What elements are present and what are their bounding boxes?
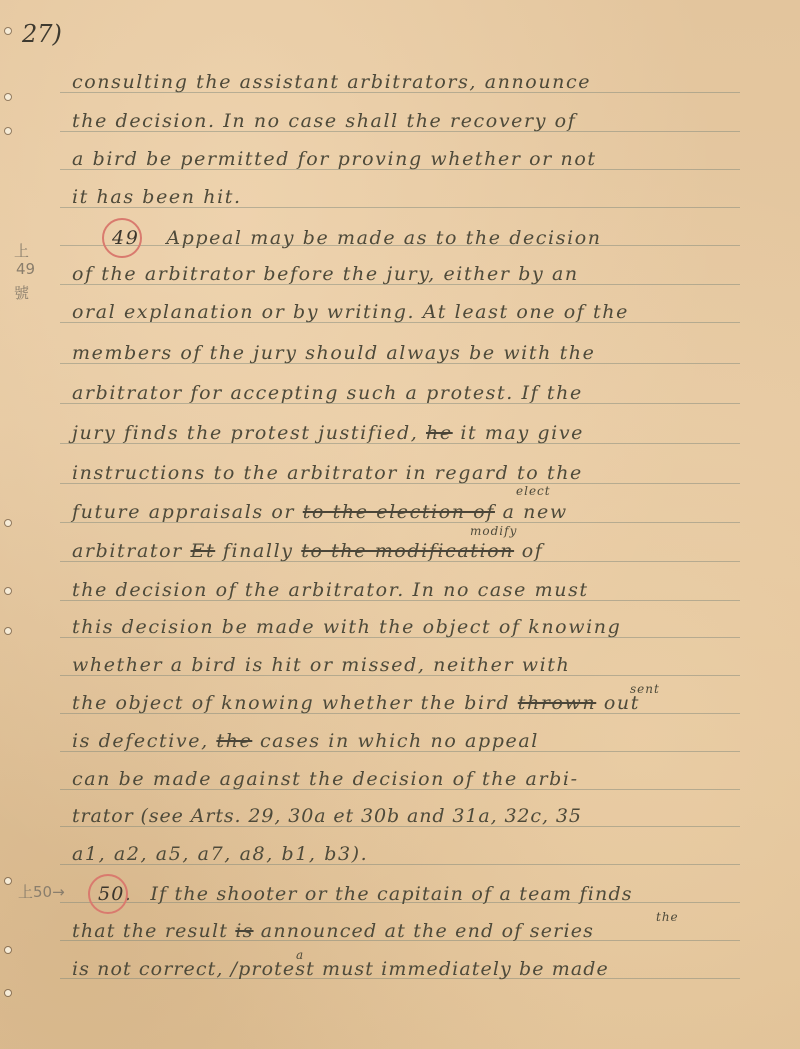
- text-line: can be made against the decision of the …: [72, 768, 772, 790]
- text-line: the decision of the arbitrator. In no ca…: [72, 579, 772, 601]
- struck-text: the: [216, 730, 252, 752]
- text-line: a bird be permitted for proving whether …: [72, 148, 772, 170]
- text-line-with-strike: that the result is announced at the end …: [72, 920, 772, 942]
- text-segment: jury finds the protest justified,: [72, 422, 418, 444]
- text-segment: cases in which no appeal: [260, 730, 539, 752]
- binder-hole: [5, 28, 11, 34]
- text-segment: the object of knowing whether the bird: [72, 692, 510, 714]
- text-line: is not correct, /protest must immediatel…: [72, 958, 772, 980]
- paragraph-number-49: 49: [108, 227, 143, 249]
- text-line: oral explanation or by writing. At least…: [72, 301, 772, 323]
- text-segment: is not correct,: [72, 958, 224, 980]
- text-line-with-strike: arbitrator Et finally to the modificatio…: [72, 540, 772, 562]
- struck-text: he: [426, 422, 453, 444]
- struck-text: to the modification: [301, 540, 514, 562]
- text-line: members of the jury should always be wit…: [72, 342, 772, 364]
- red-circle-mark: [88, 874, 128, 914]
- text-segment: arbitrator: [72, 540, 183, 562]
- binder-hole: [5, 628, 11, 634]
- interlinear-insertion: modify: [470, 524, 517, 538]
- text-line-with-strike: future appraisals or to the election of …: [72, 501, 772, 523]
- binder-hole: [5, 94, 11, 100]
- text-line: arbitrator for accepting such a protest.…: [72, 382, 772, 404]
- binder-hole: [5, 520, 11, 526]
- text-segment: out: [604, 692, 640, 714]
- text-line-with-strike: jury finds the protest justified, he it …: [72, 422, 772, 444]
- struck-text: Et: [191, 540, 216, 562]
- text-line: the decision. In no case shall the recov…: [72, 110, 772, 132]
- red-circle-mark: [102, 218, 142, 258]
- paragraph-text: Appeal may be made as to the decision: [166, 227, 601, 249]
- margin-note-49: 上 49 號: [14, 242, 35, 302]
- text-line: consulting the assistant arbitrators, an…: [72, 71, 772, 93]
- text-segment: of: [522, 540, 544, 562]
- margin-note-char: 49: [16, 260, 35, 278]
- binder-hole: [5, 588, 11, 594]
- binder-hole: [5, 128, 11, 134]
- text-line-with-strike: the object of knowing whether the bird t…: [72, 692, 772, 714]
- text-line-para-49: 49 Appeal may be made as to the decision: [108, 227, 800, 249]
- text-segment: series: [530, 920, 594, 942]
- binder-hole: [5, 990, 11, 996]
- text-line-with-strike: is defective, the cases in which no appe…: [72, 730, 772, 752]
- paragraph-text: If the shooter or the capitain of a team…: [150, 883, 632, 905]
- text-segment: /protest must immediately be made: [231, 958, 609, 980]
- text-segment: a new: [503, 501, 568, 523]
- text-line: this decision be made with the object of…: [72, 616, 772, 638]
- interlinear-insertion: elect: [516, 484, 551, 498]
- margin-note-50: 上50→: [18, 883, 65, 901]
- text-segment: finally: [223, 540, 294, 562]
- text-segment: it may give: [460, 422, 584, 444]
- text-segment: that the result: [72, 920, 228, 942]
- text-line: instructions to the arbitrator in regard…: [72, 462, 772, 484]
- page-number: 27): [22, 20, 62, 48]
- text-line: a1, a2, a5, a7, a8, b1, b3).: [72, 843, 772, 865]
- struck-text: to the election of: [303, 501, 495, 523]
- text-line: it has been hit.: [72, 186, 772, 208]
- paragraph-number-50: 50.: [94, 883, 136, 905]
- struck-text: is: [235, 920, 253, 942]
- text-line: trator (see Arts. 29, 30a et 30b and 31a…: [72, 805, 772, 827]
- text-line: whether a bird is hit or missed, neither…: [72, 654, 772, 676]
- margin-note-char: 號: [14, 284, 35, 302]
- text-line: of the arbitrator before the jury, eithe…: [72, 263, 772, 285]
- text-segment: announced at the end of: [261, 920, 523, 942]
- binder-hole: [5, 878, 11, 884]
- text-line-para-50: 50. If the shooter or the capitain of a …: [94, 883, 794, 905]
- margin-note-char: 上: [14, 242, 35, 260]
- text-segment: future appraisals or: [72, 501, 295, 523]
- manuscript-page: 27) 上 49 號 上50→ consulting the assistant…: [0, 0, 800, 1049]
- binder-hole: [5, 947, 11, 953]
- text-segment: is defective,: [72, 730, 209, 752]
- struck-text: thrown: [518, 692, 597, 714]
